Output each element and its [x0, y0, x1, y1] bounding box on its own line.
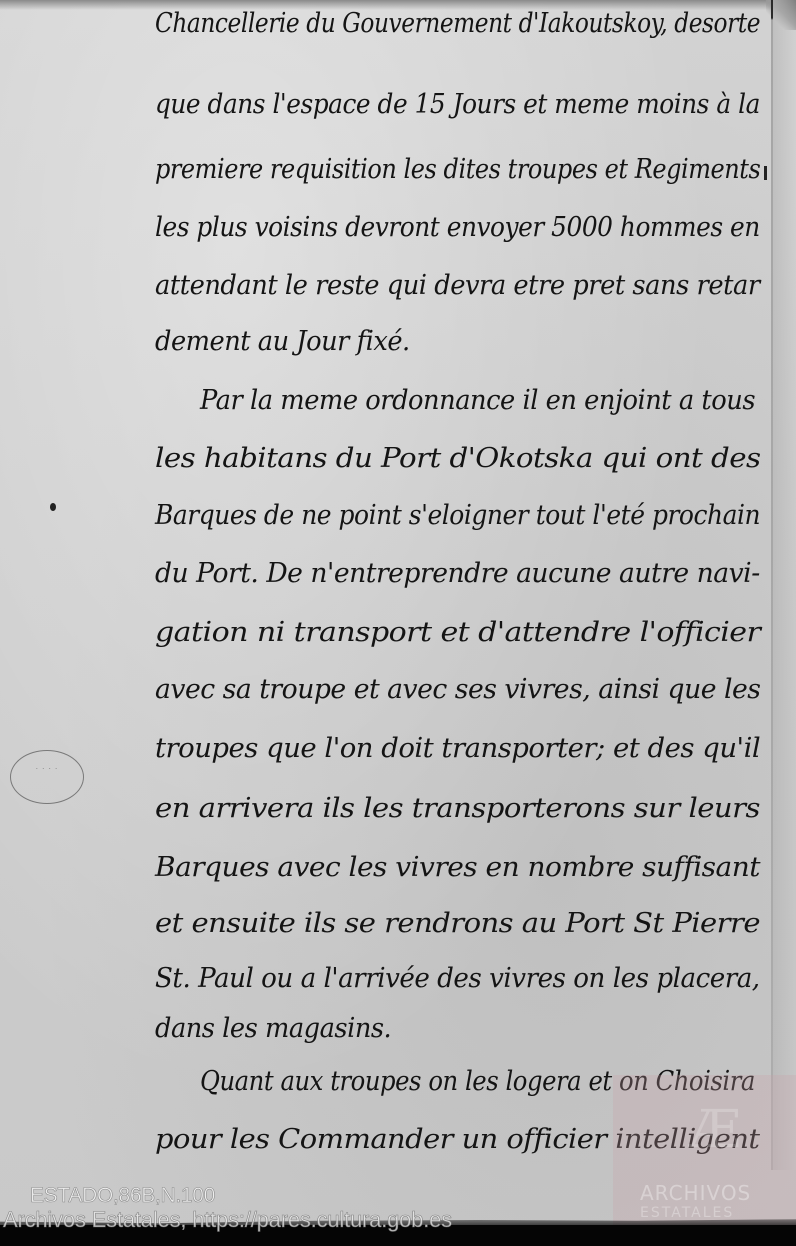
text-line: troupes que l'on doit transporter; et de… [155, 733, 760, 764]
archive-logo-subtext: ESTATALES [640, 1205, 790, 1221]
page-fold-line [771, 0, 773, 1170]
archive-stamp-icon: · · · · [10, 750, 84, 804]
text-line: gation ni transport et d'attendre l'offi… [155, 617, 760, 648]
ink-mark [764, 166, 767, 180]
text-line: Barques avec les vivres en nombre suffis… [155, 852, 760, 883]
text-line: premiere requisition les dites troupes e… [155, 154, 760, 185]
text-line: du Port. De n'entreprendre aucune autre … [155, 558, 760, 589]
text-line: les plus voisins devront envoyer 5000 ho… [155, 212, 760, 243]
text-line: Par la meme ordonnance il en enjoint a t… [200, 385, 755, 416]
text-line: et ensuite ils se rendrons au Port St Pi… [155, 908, 760, 939]
stamp-text: · · · · [11, 765, 83, 773]
page-right-margin [773, 0, 796, 1170]
text-line: attendant le reste qui devra etre pret s… [155, 270, 760, 301]
text-line: Chancellerie du Gouvernement d'Iakoutsko… [155, 8, 760, 39]
text-line: dans les magasins. [155, 1013, 391, 1044]
text-line: avec sa troupe et avec ses vivres, ainsi… [155, 674, 760, 705]
manuscript-page: · · · · Chancellerie du Gouvernement d'I… [0, 0, 796, 1246]
text-line: St. Paul ou a l'arrivée des vivres on le… [155, 963, 760, 994]
text-line: Barques de ne point s'eloigner tout l'et… [155, 500, 760, 531]
archive-logo-icon: Æ [670, 1100, 760, 1160]
text-line: les habitans du Port d'Okotska qui ont d… [155, 443, 760, 474]
ink-mark [50, 503, 56, 511]
text-line: dement au Jour fixé. [155, 326, 410, 357]
archive-reference-watermark: ESTADO,86B,N.100 [30, 1184, 215, 1208]
archive-source-watermark: Archivos Estatales, https://pares.cultur… [3, 1207, 452, 1233]
text-line: que dans l'espace de 15 Jours et meme mo… [155, 89, 760, 120]
text-line: en arrivera ils les transporterons sur l… [155, 793, 760, 824]
archive-logo-text: ARCHIVOS [640, 1183, 790, 1203]
